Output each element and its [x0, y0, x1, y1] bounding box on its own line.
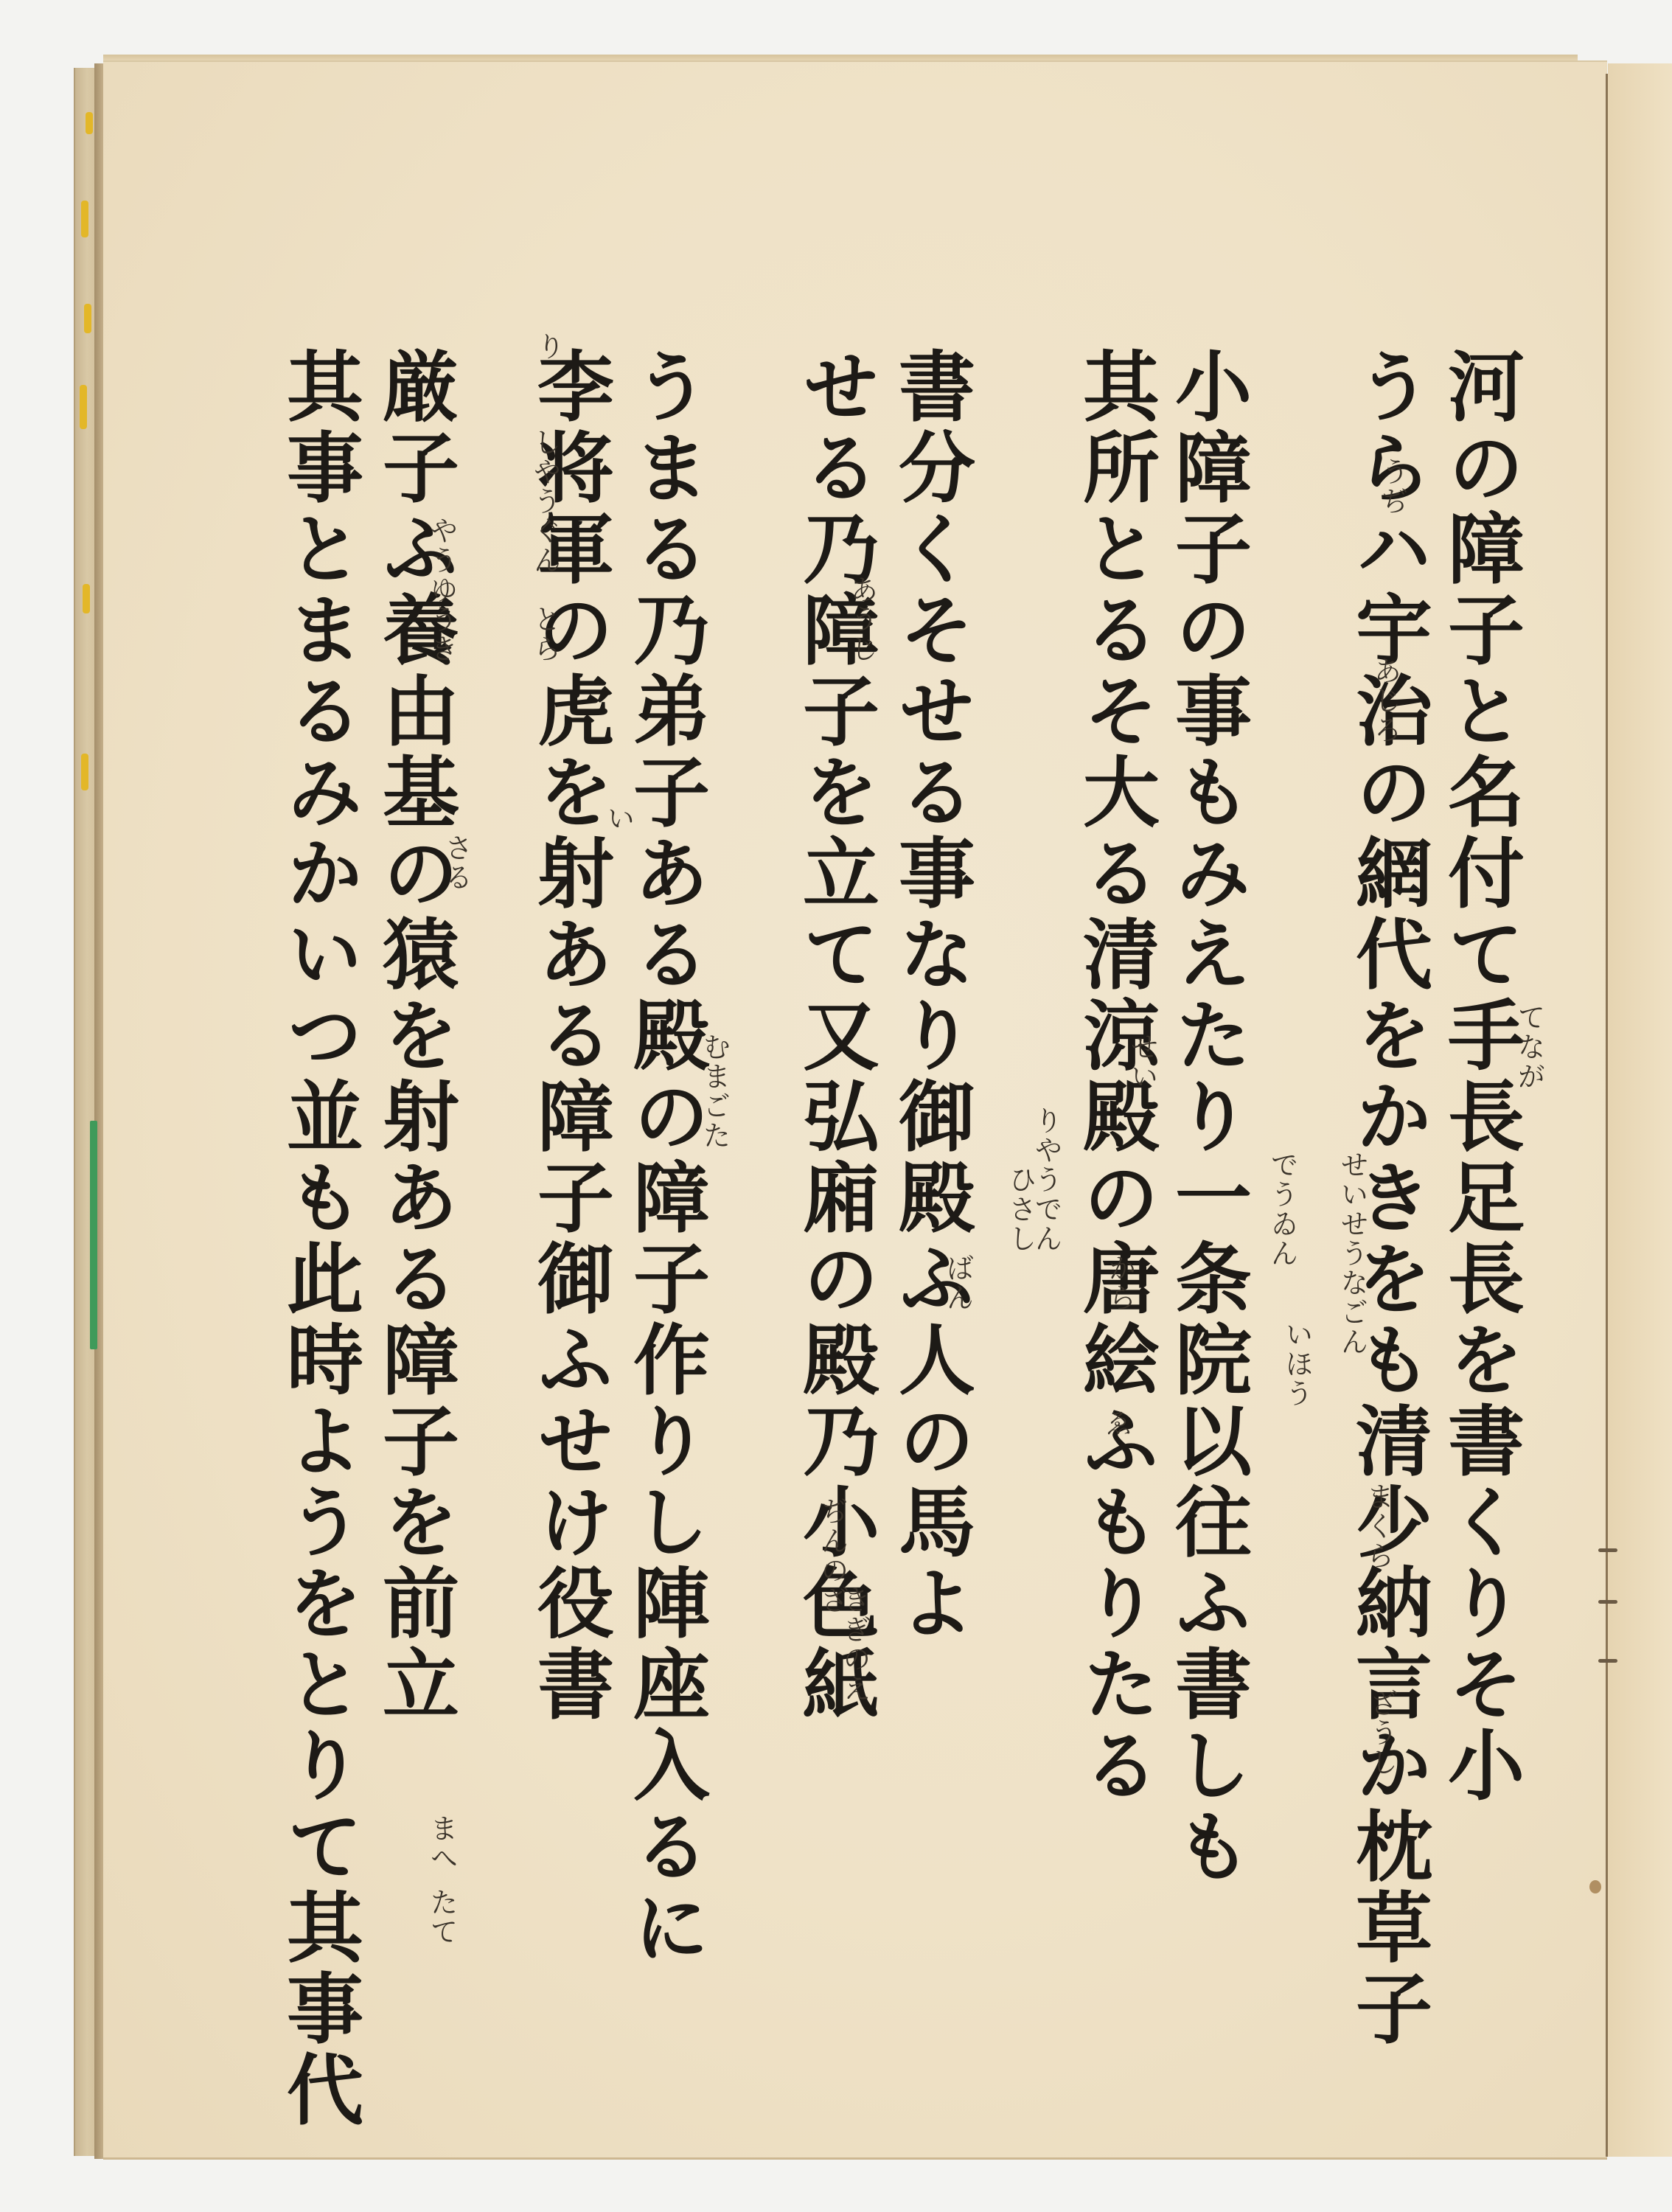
- furigana: うぢ: [1379, 457, 1407, 516]
- furigana: きぎのえ: [840, 1585, 868, 1703]
- furigana: やうゆうき: [428, 516, 456, 664]
- furigana: てなが: [1515, 1003, 1543, 1091]
- furigana: とら: [531, 605, 559, 664]
- furigana: ざうし: [1368, 1688, 1396, 1777]
- furigana: り: [534, 332, 562, 361]
- green-binding-thread: [90, 1121, 97, 1349]
- furigana: むまごた: [700, 1032, 728, 1150]
- gold-fleck: [80, 385, 87, 429]
- gold-fleck: [81, 201, 88, 237]
- furigana: い: [605, 804, 633, 833]
- furigana: あうじ: [848, 575, 876, 664]
- paper-stain: [1589, 1880, 1601, 1893]
- furigana: まくら: [1364, 1482, 1392, 1571]
- furigana: でうゐん: [1268, 1150, 1296, 1268]
- furigana: から: [1106, 1253, 1134, 1312]
- furigana: ばん: [944, 1253, 972, 1312]
- text-column-3: 小障子の事もみえたり一条院以往ふ書しも: [1168, 347, 1245, 1888]
- gold-fleck: [86, 112, 93, 134]
- furigana: まへ: [428, 1814, 456, 1873]
- furigana: しやうぐん: [531, 428, 559, 575]
- gold-fleck: [83, 584, 90, 613]
- binding-stitch: [1598, 1600, 1617, 1604]
- text-column-10: 其事とまるみかいつ並も此時ようをとりて其事代: [280, 347, 357, 2131]
- furigana: いほう: [1283, 1320, 1311, 1408]
- text-column-7: うまる乃弟子ある殿の障子作りし陣座入るに: [627, 347, 703, 1969]
- furigana: あじろ: [1371, 656, 1399, 745]
- gold-fleck: [81, 754, 88, 790]
- binding-stitch: [1598, 1548, 1617, 1552]
- text-column-5: 書分くそせる事なり御殿ふ人の馬よ: [892, 347, 969, 1644]
- gold-fleck: [84, 304, 91, 333]
- binding-stitch: [1598, 1659, 1617, 1663]
- furigana: せいせうなごん: [1338, 1150, 1366, 1357]
- text-column-1: 河の障子と名付て手長足長を書くりそ小: [1441, 347, 1518, 1806]
- furigana: ゑ: [1102, 1408, 1130, 1438]
- right-page-edge: [1608, 63, 1672, 2157]
- furigana: ひさし: [1006, 1165, 1034, 1253]
- open-book: 河の障子と名付て手長足長を書くりそ小 うらハ宇治の網代をかきをも清少納言か枕草子…: [0, 0, 1672, 2212]
- furigana: せい: [1128, 1032, 1156, 1091]
- furigana: たて: [428, 1888, 456, 1947]
- furigana: さる: [442, 833, 470, 892]
